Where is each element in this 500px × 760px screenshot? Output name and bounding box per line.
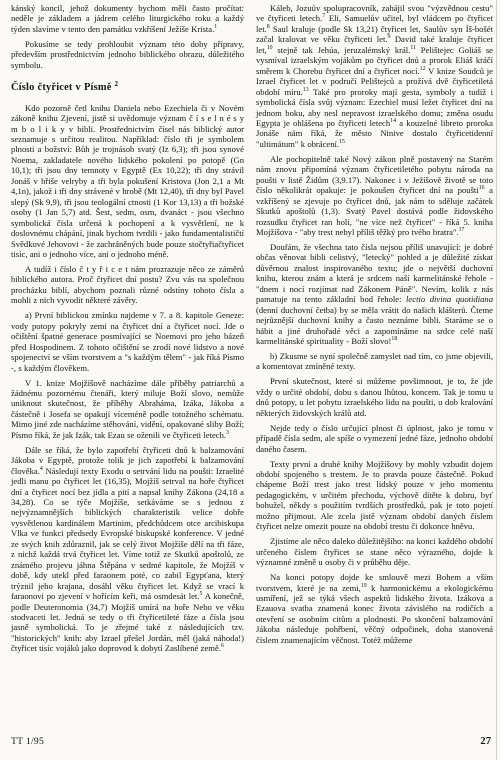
scanned-document-page: kánský koncil, jehož dokumenty bychom mě…	[0, 0, 500, 760]
paragraph: Zjistíme ale něco daleko důležitějšího: …	[256, 536, 493, 567]
page-edge-shadow	[496, 0, 497, 760]
paragraph: kánský koncil, jehož dokumenty bychom mě…	[11, 3, 244, 34]
paragraph: Pokusíme se tedy prohloubit význam této …	[11, 39, 244, 70]
paragraph: V 1. knize Mojžíšově nacházíme dále příb…	[11, 378, 244, 441]
heading-footnote-ref: 2	[115, 80, 119, 88]
paragraph: Dále se říká, že bylo zapotřebí čtyřicet…	[11, 445, 244, 654]
section-text-block: Kdo pozorně četl knihu Daniela nebo Ezec…	[11, 103, 244, 654]
paragraph: b) Zkusme se nyní společně zamyslet nad …	[256, 351, 493, 372]
page-footer: TT 1/95 27	[11, 736, 491, 747]
paragraph: Nejde tedy o číslo určující plnost či úp…	[256, 423, 493, 454]
section-heading: Číslo čtyřicet v Písmě2	[11, 83, 244, 93]
paragraph: Doufám, že všechna tato čísla nejsou pří…	[256, 242, 493, 347]
paragraph: a) První biblickou zmínku najdeme v 7. a…	[11, 310, 244, 373]
page-number: 27	[480, 736, 491, 747]
paragraph: A tudíž i číslo č t y ř i c e t nám proz…	[11, 264, 244, 306]
paragraph: První skutečnost, které si můžeme povšim…	[256, 376, 493, 418]
paragraph: Texty první a druhé knihy Mojžíšovy by m…	[256, 459, 493, 532]
paragraph: Ale pochopitelně také Nový zákon plně po…	[256, 154, 493, 238]
paragraph: Na konci potopy dojde ke smlouvě mezi Bo…	[256, 572, 493, 645]
right-text-block: Káleb, Jozuův spolupracovník, zahájil sv…	[256, 3, 493, 645]
paragraph: Káleb, Jozuův spolupracovník, zahájil sv…	[256, 3, 493, 149]
right-column: Káleb, Jozuův spolupracovník, zahájil sv…	[256, 3, 493, 650]
continued-text-block: kánský koncil, jehož dokumenty bychom mě…	[11, 3, 244, 70]
journal-issue-label: TT 1/95	[11, 736, 44, 747]
left-column: kánský koncil, jehož dokumenty bychom mě…	[11, 3, 244, 658]
section-heading-text: Číslo čtyřicet v Písmě	[11, 82, 112, 93]
paragraph: Kdo pozorně četl knihu Daniela nebo Ezec…	[11, 103, 244, 260]
